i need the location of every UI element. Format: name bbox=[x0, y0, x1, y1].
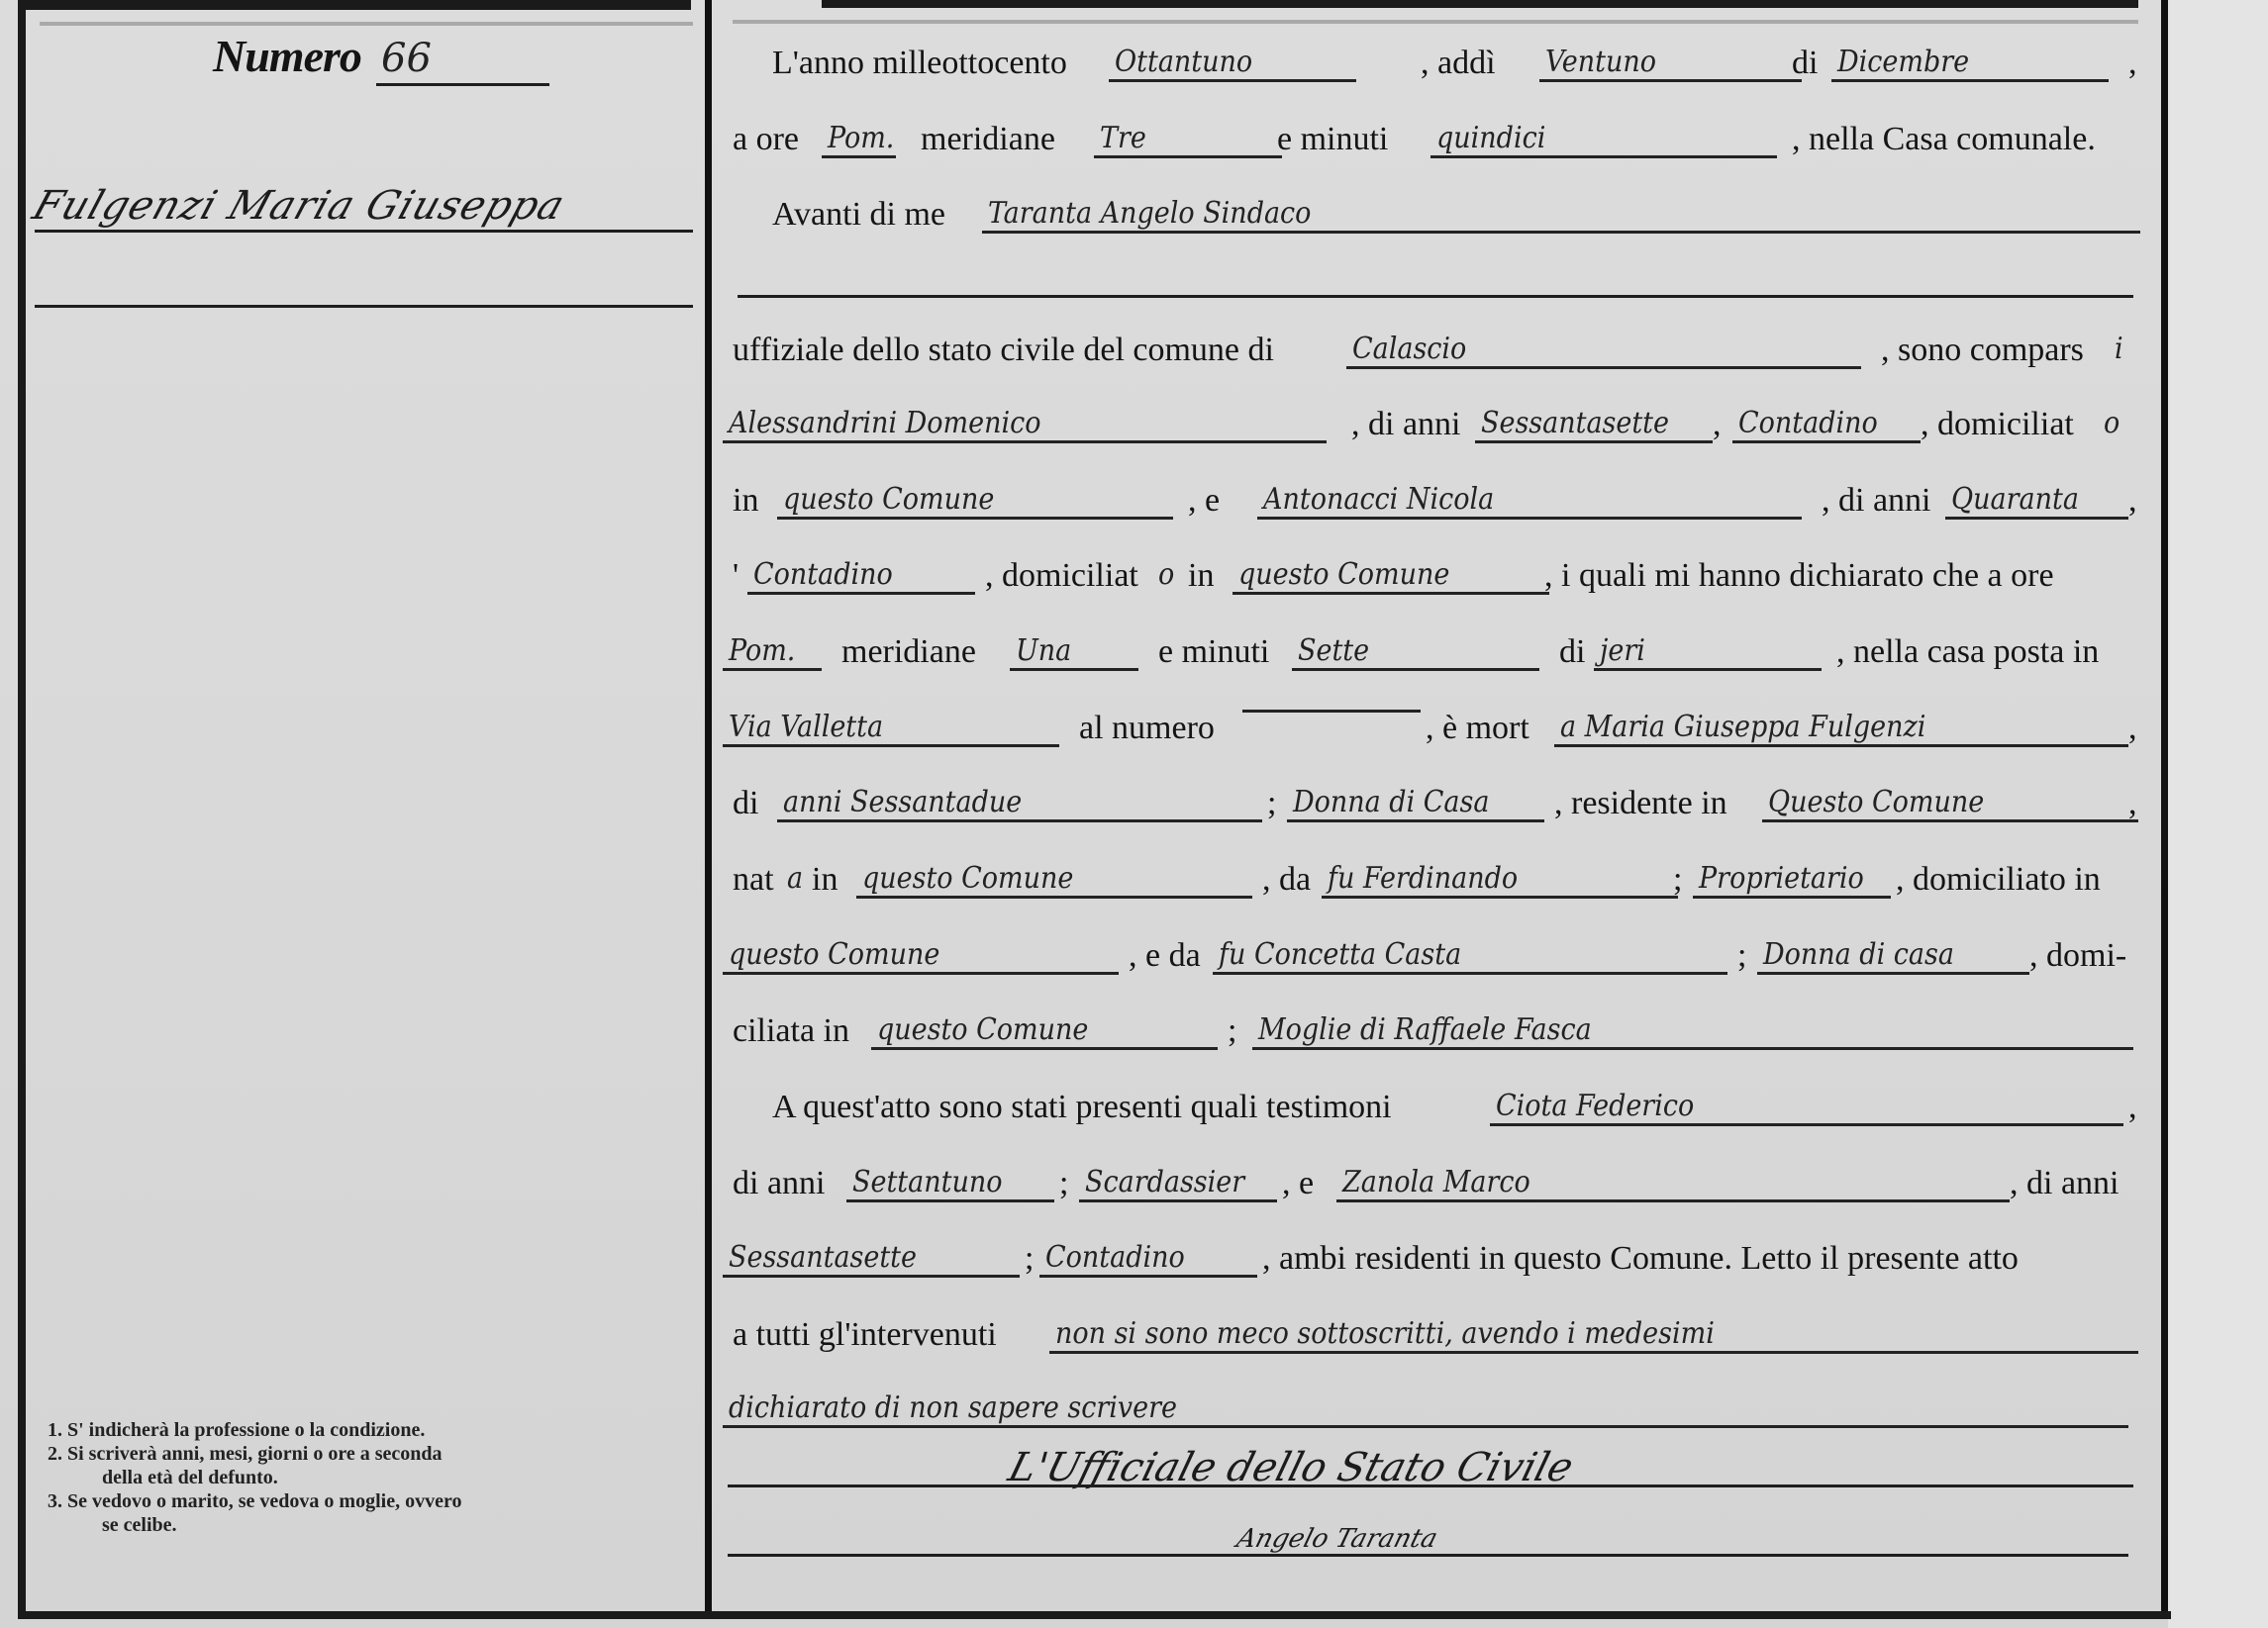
faint-rule bbox=[733, 20, 2138, 24]
handwritten-text: o bbox=[1158, 557, 1174, 592]
handwritten-text: a bbox=[787, 861, 803, 896]
field-deceased-residence: Questo Comune bbox=[1762, 785, 2138, 822]
field-day: Ventuno bbox=[1539, 45, 1802, 82]
handwritten-text: i bbox=[2109, 332, 2148, 366]
top-border-left bbox=[18, 0, 691, 10]
printed-text: , da bbox=[1262, 861, 1311, 899]
printed-text: ' bbox=[733, 557, 739, 595]
left-border bbox=[18, 0, 26, 1613]
printed-text: in bbox=[812, 861, 838, 899]
printed-text: , di anni bbox=[1822, 482, 1930, 520]
printed-text: , bbox=[1713, 406, 1722, 443]
printed-text: meridiane bbox=[841, 633, 976, 671]
printed-text: di bbox=[733, 785, 758, 822]
field-declarant2-profession: Contadino bbox=[747, 557, 975, 595]
field-officer: Taranta Angelo Sindaco bbox=[982, 196, 2140, 234]
line-year-date: L'anno milleottocento Ottantuno , addì V… bbox=[723, 45, 2138, 104]
printed-text: , domiciliat bbox=[985, 557, 1138, 595]
field-declarant1-profession: Contadino bbox=[1732, 406, 1921, 443]
line-deceased: Via Valletta al numero , è mort a Maria … bbox=[723, 710, 2138, 769]
numero-label: Numero bbox=[213, 30, 361, 82]
printed-text: al numero bbox=[1079, 710, 1215, 747]
field-deceased-profession: Donna di Casa bbox=[1287, 785, 1544, 822]
line-death-time: Pom. meridiane Una e minuti Sette di jer… bbox=[723, 633, 2138, 693]
field-witness1-age: Settantuno bbox=[846, 1165, 1054, 1202]
printed-text: , nella casa posta in bbox=[1836, 633, 2099, 671]
field-minutes: quindici bbox=[1430, 121, 1777, 158]
field-birthplace: questo Comune bbox=[856, 861, 1252, 899]
line-father: nat a in questo Comune , da fu Ferdinand… bbox=[723, 861, 2138, 920]
line-declarant-2b: ' Contadino , domiciliat o in questo Com… bbox=[723, 557, 2138, 617]
printed-text: e minuti bbox=[1277, 121, 1388, 158]
printed-text: , e da bbox=[1129, 937, 1201, 975]
field-declarant1-residence: questo Comune bbox=[777, 482, 1173, 520]
printed-text: , residente in bbox=[1554, 785, 1727, 822]
line-witness-2b: Sessantasette ; Contadino , ambi residen… bbox=[723, 1240, 2138, 1299]
signature-rule-2 bbox=[728, 1554, 2128, 1557]
printed-text: uffiziale dello stato civile del comune … bbox=[733, 332, 1274, 369]
printed-text: in bbox=[1188, 557, 1214, 595]
printed-text: ; bbox=[1228, 1012, 1236, 1050]
printed-text: di bbox=[1559, 633, 1585, 671]
field-witness1-profession: Scardassier bbox=[1079, 1165, 1277, 1202]
field-father: fu Ferdinando bbox=[1322, 861, 1678, 899]
printed-text: a ore bbox=[733, 121, 799, 158]
line-officer: Avanti di me Taranta Angelo Sindaco bbox=[723, 196, 2138, 255]
line-witness-1: A quest'atto sono stati presenti quali t… bbox=[723, 1089, 2138, 1148]
line-hour: a ore Pom. meridiane Tre e minuti quindi… bbox=[723, 121, 2138, 180]
line-reading-cont: dichiarato di non sapere scrivere bbox=[723, 1390, 2138, 1450]
printed-text: , i quali mi hanno dichiarato che a ore bbox=[1544, 557, 2054, 595]
handwritten-text: o bbox=[2104, 406, 2120, 440]
printed-text: , domiciliat bbox=[1921, 406, 2074, 443]
right-border bbox=[2161, 0, 2168, 1613]
signature-rule bbox=[728, 1484, 2133, 1487]
field-death-hour: Una bbox=[1010, 633, 1138, 671]
death-record-page: Numero 66 Fulgenzi Maria Giuseppa 1. S' … bbox=[0, 0, 2268, 1628]
field-declarant2-name: Antonacci Nicola bbox=[1257, 482, 1802, 520]
top-border-right bbox=[822, 0, 2138, 8]
printed-text: in bbox=[733, 482, 758, 520]
printed-text: ; bbox=[1737, 937, 1746, 975]
footnotes: 1. S' indicherà la professione o la cond… bbox=[48, 1418, 691, 1537]
field-mother: fu Concetta Casta bbox=[1213, 937, 1727, 975]
printed-text: , bbox=[2128, 482, 2137, 520]
field-mother-residence: questo Comune bbox=[871, 1012, 1218, 1050]
field-witness2-name: Zanola Marco bbox=[1336, 1165, 2010, 1202]
printed-text: e minuti bbox=[1158, 633, 1269, 671]
field-witness1-name: Ciota Federico bbox=[1490, 1089, 2123, 1126]
field-declarant1-age: Sessantasette bbox=[1475, 406, 1713, 443]
margin-section-rule bbox=[35, 305, 693, 308]
adjacent-page-edge bbox=[2168, 0, 2268, 1628]
printed-text: , sono compars bbox=[1881, 332, 2084, 369]
field-witness2-age: Sessantasette bbox=[723, 1240, 1020, 1278]
blank-rule bbox=[738, 295, 2133, 298]
printed-text: , addì bbox=[1421, 45, 1496, 82]
line-reading: a tutti gl'intervenuti non si sono meco … bbox=[723, 1316, 2138, 1376]
column-divider bbox=[705, 0, 712, 1613]
field-signature-note: non si sono meco sottoscritti, avendo i … bbox=[1049, 1316, 2138, 1354]
printed-text: , è mort bbox=[1426, 710, 1529, 747]
printed-text: , bbox=[2128, 710, 2137, 747]
footnote-3-cont: se celibe. bbox=[48, 1513, 691, 1537]
numero-underline bbox=[376, 83, 549, 86]
line-declarant-2: in questo Comune , e Antonacci Nicola , … bbox=[723, 482, 2138, 541]
field-house-number bbox=[1242, 710, 1421, 713]
field-declarant1-name: Alessandrini Domenico bbox=[723, 406, 1327, 443]
printed-text: ; bbox=[1267, 785, 1276, 822]
field-mother-profession: Donna di casa bbox=[1757, 937, 2029, 975]
printed-text: , di anni bbox=[1351, 406, 1460, 443]
printed-text: ; bbox=[1059, 1165, 1068, 1202]
printed-text: , e bbox=[1282, 1165, 1314, 1202]
printed-text: L'anno milleottocento bbox=[772, 45, 1067, 82]
numero-value: 66 bbox=[381, 36, 432, 81]
field-death-address: Via Valletta bbox=[723, 710, 1059, 747]
footnote-3: 3. Se vedovo o marito, se vedova o mogli… bbox=[48, 1489, 691, 1513]
field-father-profession: Proprietario bbox=[1693, 861, 1891, 899]
line-witness-2: di anni Settantuno ; Scardassier , e Zan… bbox=[723, 1165, 2138, 1224]
line-declarant-1: Alessandrini Domenico , di anni Sessanta… bbox=[723, 406, 2138, 465]
footnote-1: 1. S' indicherà la professione o la cond… bbox=[48, 1418, 691, 1442]
printed-text: , ambi residenti in questo Comune. Letto… bbox=[1262, 1240, 2019, 1278]
printed-text: , domiciliato in bbox=[1896, 861, 2101, 899]
margin-deceased-name: Fulgenzi Maria Giuseppa bbox=[28, 183, 571, 229]
printed-text: , domi- bbox=[2029, 937, 2126, 975]
field-hour: Tre bbox=[1094, 121, 1282, 158]
field-witness2-profession: Contadino bbox=[1039, 1240, 1257, 1278]
printed-text: ; bbox=[1025, 1240, 1034, 1278]
line-deceased-age: di anni Sessantadue ; Donna di Casa , re… bbox=[723, 785, 2138, 844]
footnote-2: 2. Si scriverà anni, mesi, giorni o ore … bbox=[48, 1442, 691, 1466]
field-am-pm: Pom. bbox=[822, 121, 896, 158]
printed-text: , e bbox=[1188, 482, 1220, 520]
printed-text: , bbox=[2128, 1089, 2137, 1126]
field-death-am-pm: Pom. bbox=[723, 633, 822, 671]
printed-text: A quest'atto sono stati presenti quali t… bbox=[772, 1089, 1392, 1126]
bottom-border bbox=[18, 1611, 2171, 1619]
printed-text: ; bbox=[1673, 861, 1682, 899]
printed-text: meridiane bbox=[921, 121, 1055, 158]
field-comune: Calascio bbox=[1346, 332, 1861, 369]
printed-text: nat bbox=[733, 861, 774, 899]
line-comune: uffiziale dello stato civile del comune … bbox=[723, 332, 2138, 391]
field-deceased-age: anni Sessantadue bbox=[777, 785, 1262, 822]
field-death-day: jeri bbox=[1594, 633, 1822, 671]
line-mother: questo Comune , e da fu Concetta Casta ;… bbox=[723, 937, 2138, 997]
printed-text: Avanti di me bbox=[772, 196, 945, 234]
printed-text: a tutti gl'intervenuti bbox=[733, 1316, 997, 1354]
faint-rule bbox=[40, 22, 693, 26]
field-declarant2-residence: questo Comune bbox=[1233, 557, 1549, 595]
printed-text: , di anni bbox=[2010, 1165, 2119, 1202]
line-mother-residence: ciliata in questo Comune ; Moglie di Raf… bbox=[723, 1012, 2138, 1072]
field-deceased-name: a Maria Giuseppa Fulgenzi bbox=[1554, 710, 2128, 747]
officer-signature: Angelo Taranta bbox=[1233, 1524, 1440, 1554]
printed-text: , nella Casa comunale. bbox=[1792, 121, 2096, 158]
field-father-residence: questo Comune bbox=[723, 937, 1119, 975]
field-signature-note-cont: dichiarato di non sapere scrivere bbox=[723, 1390, 2128, 1428]
margin-name-rule bbox=[35, 230, 693, 233]
field-declarant2-age: Quaranta bbox=[1945, 482, 2128, 520]
field-month: Dicembre bbox=[1831, 45, 2109, 82]
printed-text: , bbox=[2128, 785, 2137, 822]
printed-text: ciliata in bbox=[733, 1012, 849, 1050]
field-year: Ottantuno bbox=[1109, 45, 1356, 82]
field-death-minutes: Sette bbox=[1292, 633, 1539, 671]
printed-text: di anni bbox=[733, 1165, 825, 1202]
field-spouse: Moglie di Raffaele Fasca bbox=[1252, 1012, 2133, 1050]
footnote-2-cont: della età del defunto. bbox=[48, 1466, 691, 1489]
printed-text: , bbox=[2128, 45, 2137, 82]
printed-text: di bbox=[1792, 45, 1818, 82]
